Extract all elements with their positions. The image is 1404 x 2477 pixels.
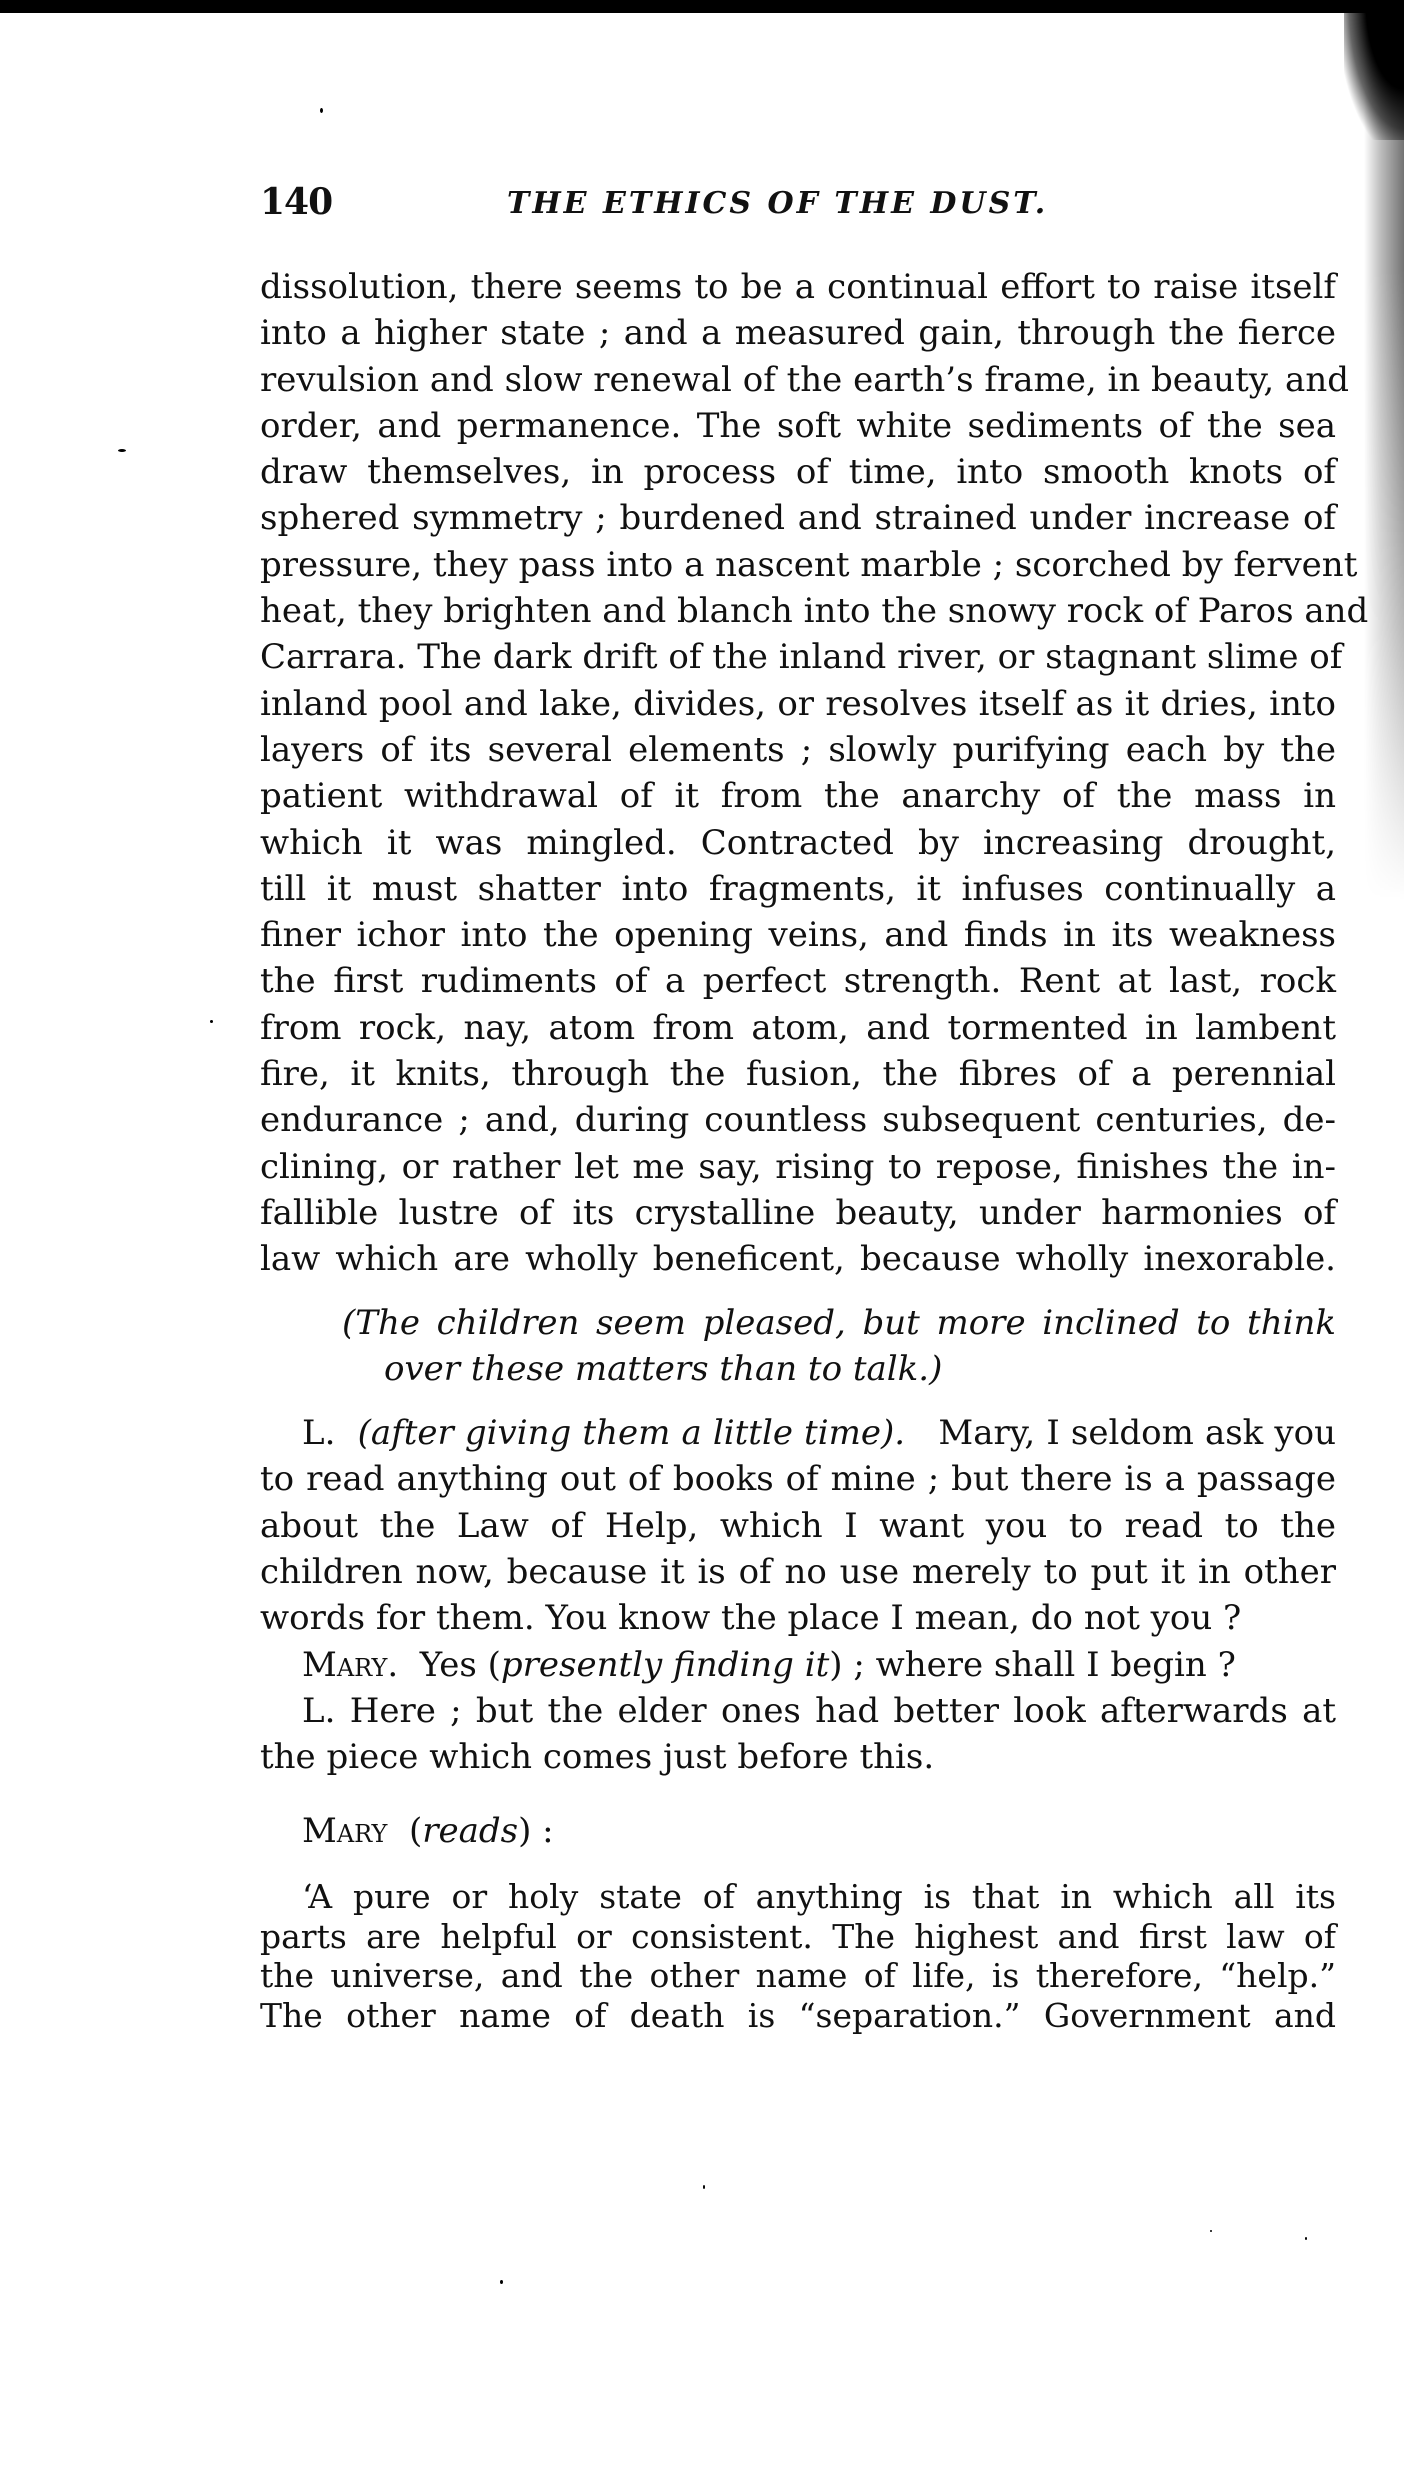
running-head: 140 THE ETHICS OF THE DUST. — [258, 180, 1336, 224]
quote-line: parts are helpful or consistent. The hig… — [260, 1917, 1336, 1957]
text-line: finer ichor into the opening veins, and … — [260, 912, 1336, 958]
text-line: patient withdrawal of it from the anarch… — [260, 773, 1336, 819]
scan-speck — [1305, 2237, 1307, 2240]
stage-direction-inline: reads — [422, 1811, 518, 1851]
scan-border-top — [0, 0, 1404, 13]
scan-corner-shadow — [1344, 0, 1404, 140]
paren-close: ) : — [518, 1811, 554, 1851]
stage-direction-inline: presently finding it — [501, 1645, 829, 1685]
stage-direction-text: over these matters than to talk.) — [384, 1349, 942, 1389]
text-line: clining, or rather let me say, rising to… — [260, 1144, 1336, 1190]
speaker-name: L. — [302, 1413, 335, 1453]
text-line: which it was mingled. Contracted by incr… — [260, 820, 1336, 866]
dialogue-l-first: L. (after giving them a little time). Ma… — [260, 1410, 1336, 1641]
quote-line: the universe, and the other name of life… — [260, 1956, 1336, 1996]
dialogue-l-second: L. Here ; but the elder ones had better … — [260, 1688, 1336, 1781]
text-line: endurance ; and, during countless subseq… — [260, 1097, 1336, 1143]
text-line: revulsion and slow renewal of the earth’… — [260, 357, 1336, 403]
text-line: the first rudiments of a perfect strengt… — [260, 958, 1336, 1004]
dialogue-line: L. Here ; but the elder ones had better … — [260, 1688, 1336, 1734]
text-line: order, and permanence. The soft white se… — [260, 403, 1336, 449]
quotation-law-of-help: ‘A pure or holy state of anything is tha… — [260, 1877, 1336, 2035]
stage-direction-line: over these matters than to talk.) — [260, 1346, 1336, 1392]
text-line: sphered symmetry ; burdened and strained… — [260, 495, 1336, 541]
text-line: into a higher state ; and a measured gai… — [260, 310, 1336, 356]
text-line: about the Law of Help, which I want you … — [260, 1503, 1336, 1549]
scan-speck — [1210, 2230, 1212, 2232]
scan-speck — [703, 2185, 705, 2189]
text-line: dissolution, there seems to be a continu… — [260, 264, 1336, 310]
page-number: 140 — [260, 180, 332, 224]
text-line: fire, it knits, through the fusion, the … — [260, 1051, 1336, 1097]
dialogue-text: Yes ( — [420, 1645, 501, 1685]
speaker-name: Mary — [302, 1811, 387, 1851]
text-line: heat, they brighten and blanch into the … — [260, 588, 1336, 634]
text-line: inland pool and lake, divides, or resolv… — [260, 681, 1336, 727]
scan-speck — [118, 449, 126, 452]
stage-direction: (The children seem pleased, but more inc… — [260, 1300, 1336, 1393]
text-line: children now, because it is of no use me… — [260, 1549, 1336, 1595]
quote-line: The other name of death is “separation.”… — [260, 1996, 1336, 2036]
text-line: draw themselves, in process of time, int… — [260, 449, 1336, 495]
scan-speck — [500, 2280, 503, 2284]
dialogue-line: Mary. Yes (presently finding it) ; where… — [260, 1642, 1336, 1688]
text-line: pressure, they pass into a nascent marbl… — [260, 542, 1336, 588]
stage-direction-line: (The children seem pleased, but more inc… — [260, 1300, 1336, 1346]
dialogue-line: L. (after giving them a little time). Ma… — [260, 1410, 1336, 1456]
dialogue-text: ) ; where shall I begin ? — [829, 1645, 1236, 1685]
stage-direction-inline: (after giving them a little time). — [358, 1413, 905, 1453]
running-title: THE ETHICS OF THE DUST. — [507, 182, 1048, 226]
text-line: to read anything out of books of mine ; … — [260, 1456, 1336, 1502]
text-line: Carrara. The dark drift of the inland ri… — [260, 634, 1336, 680]
text-line: layers of its several elements ; slowly … — [260, 727, 1336, 773]
stage-direction-text: (The children seem pleased, but more inc… — [342, 1303, 1336, 1343]
text-line: till it must shatter into fragments, it … — [260, 866, 1336, 912]
speaker-name: Mary. — [302, 1645, 398, 1685]
paren-open: ( — [409, 1811, 422, 1851]
dialogue-mary-first: Mary. Yes (presently finding it) ; where… — [260, 1642, 1336, 1688]
text-line: law which are wholly beneficent, because… — [260, 1236, 1336, 1282]
scan-speck — [320, 108, 323, 113]
text-line: words for them. You know the place I mea… — [260, 1595, 1336, 1641]
dialogue-mary-reads: Mary (reads) : — [260, 1808, 1336, 1854]
text-line: from rock, nay, atom from atom, and torm… — [260, 1005, 1336, 1051]
dialogue-line: Mary (reads) : — [260, 1808, 1336, 1854]
text-line: fallible lustre of its crystalline beaut… — [260, 1190, 1336, 1236]
dialogue-line: the piece which comes just before this. — [260, 1734, 1336, 1780]
paragraph-dissolution: dissolution, there seems to be a continu… — [260, 264, 1336, 1283]
dialogue-text: Mary, I seldom ask you — [938, 1413, 1336, 1453]
scan-speck — [210, 1020, 213, 1023]
quote-line: ‘A pure or holy state of anything is tha… — [260, 1877, 1336, 1917]
